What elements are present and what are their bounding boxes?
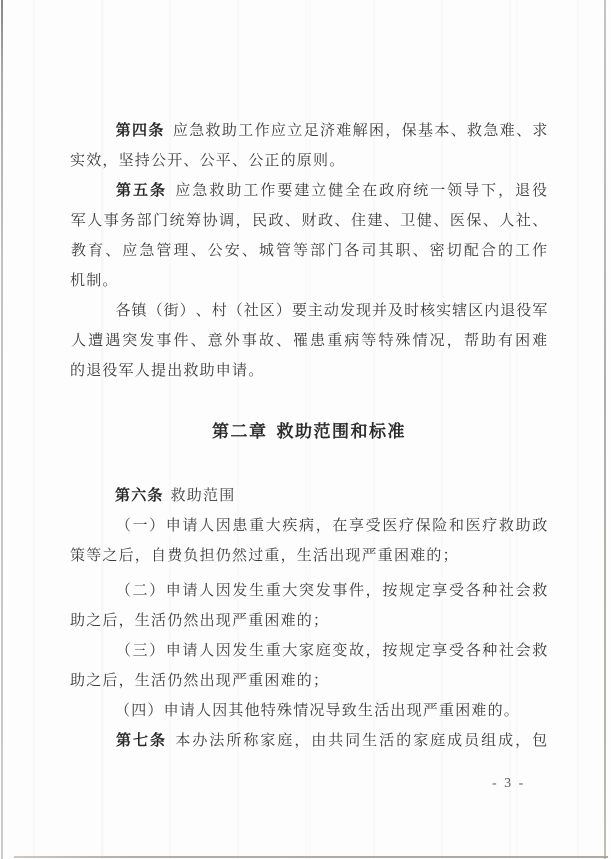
- glyph: 故: [348, 636, 365, 666]
- glyph: 本: [174, 726, 191, 756]
- glyph: 事: [103, 206, 119, 236]
- page-number: - 3 -: [492, 776, 552, 792]
- glyph: 发: [138, 326, 155, 356]
- glyph: 、: [433, 206, 449, 236]
- glyph: 时: [404, 296, 420, 326]
- glyph: 组: [480, 726, 497, 756]
- glyph: 、: [482, 206, 498, 236]
- glyph: 、: [275, 326, 292, 356]
- glyph: 救: [498, 511, 515, 541]
- glyph: 育: [87, 236, 104, 266]
- glyph: 享: [348, 511, 365, 541]
- text-line: 实效，坚持公开、公平、公正的原则。: [70, 146, 548, 176]
- glyph: 员: [463, 726, 480, 756]
- glyph: 导: [463, 176, 480, 206]
- paragraph: （二）申请人因发生重大突发事件，按规定享受各种社会救助之后，生活仍然出现严重困难…: [70, 576, 548, 636]
- glyph: 重: [265, 636, 282, 666]
- glyph: 请: [182, 511, 199, 541]
- glyph: 帮: [463, 326, 480, 356]
- glyph: 成: [446, 726, 463, 756]
- glyph: 其: [377, 236, 394, 266]
- glyph: 教: [70, 236, 87, 266]
- chapter-heading: 第二章救助范围和标准: [70, 417, 548, 447]
- glyph: 定: [415, 576, 432, 606]
- glyph: 基: [417, 116, 433, 146]
- chapter-heading-title: 救助范围和标准: [277, 422, 407, 441]
- glyph: ）: [148, 576, 165, 606]
- glyph: 解: [352, 116, 368, 146]
- glyph: 管: [275, 236, 292, 266]
- lead-gap: [166, 176, 174, 206]
- glyph: 立: [287, 116, 303, 146]
- glyph: 件: [348, 576, 365, 606]
- glyph: ，: [365, 576, 382, 606]
- glyph: 救: [205, 116, 221, 146]
- glyph: 救: [208, 176, 225, 206]
- glyph: 生: [248, 576, 265, 606]
- glyph: 三: [132, 636, 149, 666]
- glyph: 政: [317, 206, 333, 236]
- glyph: 特: [377, 326, 394, 356]
- glyph: 法: [208, 726, 225, 756]
- glyph: （: [227, 296, 243, 326]
- glyph: ，: [293, 726, 310, 756]
- glyph: 罹: [292, 326, 309, 356]
- glyph: 区: [259, 296, 275, 326]
- glyph: 门: [152, 206, 168, 236]
- glyph: 家: [412, 726, 429, 756]
- glyph: 求: [532, 116, 548, 146]
- glyph: 急: [483, 116, 499, 146]
- glyph: 部: [309, 236, 326, 266]
- glyph: 病: [343, 326, 360, 356]
- glyph: 重: [326, 326, 343, 356]
- glyph: 包: [531, 726, 548, 756]
- glyph: 镇: [131, 296, 147, 326]
- paragraph: 第七条本办法所称家庭，由共同生活的家庭成员组成，包: [70, 726, 548, 756]
- glyph: 疗: [398, 511, 415, 541]
- glyph: 种: [481, 576, 498, 606]
- glyph: 庭: [276, 726, 293, 756]
- glyph: 本: [434, 116, 450, 146]
- glyph: 大: [265, 511, 282, 541]
- glyph: 、: [104, 236, 121, 266]
- article-number: 五: [132, 176, 149, 206]
- glyph: 作: [259, 176, 276, 206]
- glyph: 受: [365, 511, 382, 541]
- glyph: 各: [465, 636, 482, 666]
- glyph: 发: [315, 576, 332, 606]
- glyph: 救: [466, 116, 482, 146]
- article-number: 四: [131, 116, 147, 146]
- glyph: 作: [254, 116, 270, 146]
- glyph: 工: [514, 236, 531, 266]
- glyph: 发: [339, 296, 355, 326]
- glyph: 调: [218, 206, 234, 236]
- glyph: 社: [498, 576, 515, 606]
- glyph: 社: [498, 636, 515, 666]
- glyph: 统: [412, 176, 429, 206]
- glyph: 规: [398, 576, 415, 606]
- article-number: 条: [149, 726, 166, 756]
- glyph: 共: [327, 726, 344, 756]
- glyph: ，: [365, 636, 382, 666]
- glyph: 村: [211, 296, 227, 326]
- glyph: 难: [336, 116, 352, 146]
- glyph: 难: [499, 116, 515, 146]
- glyph: 殊: [394, 326, 411, 356]
- glyph: 及: [388, 296, 404, 326]
- glyph: 申: [165, 636, 182, 666]
- glyph: 疾: [282, 511, 299, 541]
- glyph: ，: [235, 206, 251, 236]
- glyph: 定: [415, 636, 432, 666]
- glyph: 核: [420, 296, 436, 326]
- glyph: 社: [243, 296, 259, 326]
- glyph: 门: [326, 236, 343, 266]
- glyph: 助: [515, 511, 532, 541]
- glyph: 建: [367, 206, 383, 236]
- glyph: 在: [361, 176, 378, 206]
- glyph: 生: [248, 636, 265, 666]
- text-line: 的退役军人提出救助申请。: [70, 356, 548, 386]
- glyph: 庭: [429, 726, 446, 756]
- glyph: 军: [532, 296, 548, 326]
- glyph: 全: [344, 176, 361, 206]
- glyph: 突: [121, 326, 138, 356]
- glyph: 发: [232, 636, 249, 666]
- article-number: 条: [148, 116, 164, 146]
- glyph: 成: [497, 726, 514, 756]
- text-line: （二）申请人因发生重大突发事件，按规定享受各种社会救: [70, 576, 548, 606]
- glyph: 人: [198, 636, 215, 666]
- glyph: 变: [332, 636, 349, 666]
- glyph: 的: [395, 726, 412, 756]
- glyph: 各: [465, 576, 482, 606]
- glyph: 因: [215, 576, 232, 606]
- glyph: 政: [378, 176, 395, 206]
- glyph: 情: [412, 326, 429, 356]
- glyph: 主: [307, 296, 323, 326]
- glyph: 在: [332, 511, 349, 541]
- glyph: 享: [431, 636, 448, 666]
- glyph: 公: [207, 236, 224, 266]
- text-line: 机制。: [70, 266, 548, 296]
- glyph: 医: [449, 206, 465, 236]
- glyph: 规: [398, 636, 415, 666]
- article-number: 第六条: [115, 487, 164, 504]
- glyph: 同: [344, 726, 361, 756]
- glyph: 现: [355, 296, 371, 326]
- scan-edge-left: [1, 0, 3, 859]
- glyph: 人: [86, 206, 102, 236]
- glyph: 生: [361, 726, 378, 756]
- glyph: 事: [155, 326, 172, 356]
- text-line: 第四条应急救助工作应立足济难解困，保基本、救急难、求: [70, 116, 548, 146]
- glyph: 困: [514, 326, 531, 356]
- text-line: （一）申请人因患重大疾病，在享受医疗保险和医疗救助政: [70, 511, 548, 541]
- article-number: 第: [115, 726, 132, 756]
- paragraph: （三）申请人因发生重大家庭变故，按规定享受各种社会救助之后，生活仍然出现严重困难…: [70, 636, 548, 696]
- glyph: 、: [383, 206, 399, 236]
- glyph: 合: [480, 236, 497, 266]
- glyph: 等: [292, 236, 309, 266]
- glyph: 各: [343, 236, 360, 266]
- glyph: 退: [514, 176, 531, 206]
- glyph: 役: [516, 296, 532, 326]
- glyph: 等: [360, 326, 377, 356]
- paragraph: 第四条应急救助工作应立足济难解困，保基本、救急难、求实效，坚持公开、公平、公正的…: [70, 116, 548, 176]
- glyph: 按: [382, 636, 399, 666]
- text-line: 各镇（街）、村（社区）要主动发现并及时核实辖区内退役军: [70, 296, 548, 326]
- glyph: 、: [195, 296, 211, 326]
- glyph: （: [147, 296, 163, 326]
- document-body: 第四条应急救助工作应立足济难解困，保基本、救急难、求实效，坚持公开、公平、公正的…: [70, 116, 548, 756]
- glyph: 筹: [185, 206, 201, 236]
- glyph: 办: [191, 726, 208, 756]
- glyph: 、: [515, 116, 531, 146]
- glyph: 遇: [104, 326, 121, 356]
- lead-gap: [166, 726, 174, 756]
- glyph: 所: [225, 726, 242, 756]
- glyph: 、: [450, 116, 466, 146]
- glyph: 军: [70, 206, 86, 236]
- glyph: 医: [382, 511, 399, 541]
- glyph: 种: [481, 636, 498, 666]
- glyph: 切: [446, 236, 463, 266]
- glyph: ，: [315, 511, 332, 541]
- glyph: 重: [265, 576, 282, 606]
- glyph: 、: [241, 236, 258, 266]
- glyph: 大: [282, 576, 299, 606]
- glyph: 因: [215, 511, 232, 541]
- paragraph: 第六条救助范围: [70, 481, 548, 511]
- glyph: 要: [276, 176, 293, 206]
- glyph: 应: [172, 116, 188, 146]
- glyph: 疗: [481, 511, 498, 541]
- glyph: 足: [303, 116, 319, 146]
- glyph: ）: [179, 296, 195, 326]
- glyph: 立: [310, 176, 327, 206]
- glyph: 务: [119, 206, 135, 236]
- glyph: 并: [372, 296, 388, 326]
- glyph: 工: [238, 116, 254, 146]
- paragraph: 第五条应急救助工作要建立健全在政府统一领导下，退役军人事务部门统筹协调，民政、财…: [70, 176, 548, 296]
- glyph: 应: [121, 236, 138, 266]
- glyph: 医: [465, 511, 482, 541]
- glyph: 申: [165, 576, 182, 606]
- text-line: 助之后，生活仍然出现严重困难的；: [70, 606, 548, 636]
- glyph: 事: [241, 326, 258, 356]
- glyph: 一: [429, 176, 446, 206]
- glyph: 民: [251, 206, 267, 236]
- glyph: 和: [448, 511, 465, 541]
- glyph: 安: [224, 236, 241, 266]
- article-number: 七: [132, 726, 149, 756]
- glyph: 大: [282, 636, 299, 666]
- glyph: 健: [327, 176, 344, 206]
- glyph: 应: [174, 176, 191, 206]
- paragraph: （一）申请人因患重大疾病，在享受医疗保险和医疗救助政策等之后，自费负担仍然过重，…: [70, 511, 548, 571]
- glyph: 遭: [87, 326, 104, 356]
- glyph: 、: [412, 236, 429, 266]
- chapter-heading-number: 第二章: [212, 422, 268, 441]
- glyph: 会: [515, 636, 532, 666]
- glyph: 急: [191, 176, 208, 206]
- glyph: 二: [132, 576, 149, 606]
- text-line: 第五条应急救助工作要建立健全在政府统一领导下，退役: [70, 176, 548, 206]
- text-line: （四）申请人因其他特殊情况导致生活出现严重困难的。: [70, 696, 548, 726]
- text-line: 第七条本办法所称家庭，由共同生活的家庭成员组成，包: [70, 726, 548, 756]
- glyph: 退: [500, 296, 516, 326]
- glyph: 外: [224, 326, 241, 356]
- article-number: 第: [115, 116, 131, 146]
- glyph: 请: [182, 576, 199, 606]
- glyph: 按: [382, 576, 399, 606]
- glyph: 职: [394, 236, 411, 266]
- glyph: 、: [532, 206, 548, 236]
- glyph: 作: [531, 236, 548, 266]
- glyph: 、: [190, 236, 207, 266]
- glyph: （: [115, 636, 132, 666]
- glyph: 险: [431, 511, 448, 541]
- glyph: 因: [215, 636, 232, 666]
- glyph: ，: [385, 116, 401, 146]
- glyph: 意: [207, 326, 224, 356]
- text-line: 军人事务部门统筹协调，民政、财政、住建、卫健、医保、人社、: [70, 206, 548, 236]
- glyph: 府: [395, 176, 412, 206]
- glyph: 街: [163, 296, 179, 326]
- glyph: 要: [291, 296, 307, 326]
- glyph: 庭: [315, 636, 332, 666]
- glyph: 家: [259, 726, 276, 756]
- glyph: 申: [165, 511, 182, 541]
- glyph: 家: [298, 636, 315, 666]
- glyph: 受: [448, 636, 465, 666]
- glyph: 享: [431, 576, 448, 606]
- glyph: 司: [360, 236, 377, 266]
- glyph: 役: [531, 176, 548, 206]
- glyph: 辖: [452, 296, 468, 326]
- glyph: 各: [115, 296, 131, 326]
- glyph: 有: [497, 326, 514, 356]
- text-line: 第六条救助范围: [70, 481, 548, 511]
- glyph: 助: [225, 176, 242, 206]
- glyph: 急: [138, 236, 155, 266]
- paragraph: （四）申请人因其他特殊情况导致生活出现严重困难的。: [70, 696, 548, 726]
- glyph: 人: [198, 576, 215, 606]
- glyph: 患: [232, 511, 249, 541]
- glyph: 社: [515, 206, 531, 236]
- glyph: 发: [232, 576, 249, 606]
- glyph: 由: [310, 726, 327, 756]
- glyph: 卫: [400, 206, 416, 236]
- glyph: 部: [136, 206, 152, 236]
- glyph: 会: [515, 576, 532, 606]
- glyph: 救: [531, 576, 548, 606]
- glyph: 难: [531, 326, 548, 356]
- glyph: 请: [182, 636, 199, 666]
- scan-edge-right: [604, 0, 606, 859]
- glyph: 城: [258, 236, 275, 266]
- glyph: ，: [497, 176, 514, 206]
- glyph: 理: [172, 236, 189, 266]
- glyph: 健: [416, 206, 432, 236]
- glyph: 人: [198, 511, 215, 541]
- glyph: 受: [448, 576, 465, 606]
- glyph: 助: [221, 116, 237, 146]
- glyph: 保: [401, 116, 417, 146]
- glyph: 、: [284, 206, 300, 236]
- glyph: 动: [323, 296, 339, 326]
- glyph: 政: [268, 206, 284, 236]
- glyph: 下: [480, 176, 497, 206]
- text-line: 教育、应急管理、公安、城管等部门各司其职、密切配合的工作: [70, 236, 548, 266]
- glyph: 、: [334, 206, 350, 236]
- glyph: 患: [309, 326, 326, 356]
- paragraph: 各镇（街）、村（社区）要主动发现并及时核实辖区内退役军人遭遇突发事件、意外事故、…: [70, 296, 548, 386]
- glyph: 突: [298, 576, 315, 606]
- glyph: 重: [248, 511, 265, 541]
- glyph: 协: [202, 206, 218, 236]
- glyph: 实: [436, 296, 452, 326]
- article-number: 第: [115, 176, 132, 206]
- glyph: 助: [480, 326, 497, 356]
- glyph: 建: [293, 176, 310, 206]
- scan-edge-bottom: [14, 856, 608, 858]
- glyph: 领: [446, 176, 463, 206]
- glyph: 保: [466, 206, 482, 236]
- glyph: ）: [148, 511, 165, 541]
- glyph: 住: [350, 206, 366, 236]
- glyph: 人: [499, 206, 515, 236]
- glyph: 称: [242, 726, 259, 756]
- glyph: 、: [190, 326, 207, 356]
- glyph: 一: [132, 511, 149, 541]
- glyph: 统: [169, 206, 185, 236]
- glyph: ，: [446, 326, 463, 356]
- glyph: 工: [242, 176, 259, 206]
- scanned-page: 第四条应急救助工作应立足济难解困，保基本、救急难、求实效，坚持公开、公平、公正的…: [0, 0, 611, 859]
- text-line: 助之后，生活仍然出现严重困难的；: [70, 666, 548, 696]
- glyph: （: [115, 576, 132, 606]
- glyph: 区: [468, 296, 484, 326]
- glyph: ，: [514, 726, 531, 756]
- text-line: 策等之后，自费负担仍然过重，生活出现严重困难的；: [70, 541, 548, 571]
- glyph: 病: [298, 511, 315, 541]
- glyph: 故: [258, 326, 275, 356]
- glyph: 活: [378, 726, 395, 756]
- lead-gap: [164, 116, 172, 146]
- article-number: 条: [149, 176, 166, 206]
- glyph: 事: [332, 576, 349, 606]
- glyph: 困: [368, 116, 384, 146]
- glyph: 财: [301, 206, 317, 236]
- text-line: 人遭遇突发事件、意外事故、罹患重病等特殊情况，帮助有困难: [70, 326, 548, 356]
- glyph: 的: [497, 236, 514, 266]
- glyph: 况: [429, 326, 446, 356]
- glyph: 应: [270, 116, 286, 146]
- glyph: 保: [415, 511, 432, 541]
- glyph: ）: [275, 296, 291, 326]
- glyph: 配: [463, 236, 480, 266]
- glyph: 密: [429, 236, 446, 266]
- glyph: 人: [70, 326, 87, 356]
- glyph: 件: [172, 326, 189, 356]
- glyph: 政: [531, 511, 548, 541]
- glyph: （: [115, 511, 132, 541]
- glyph: ）: [148, 636, 165, 666]
